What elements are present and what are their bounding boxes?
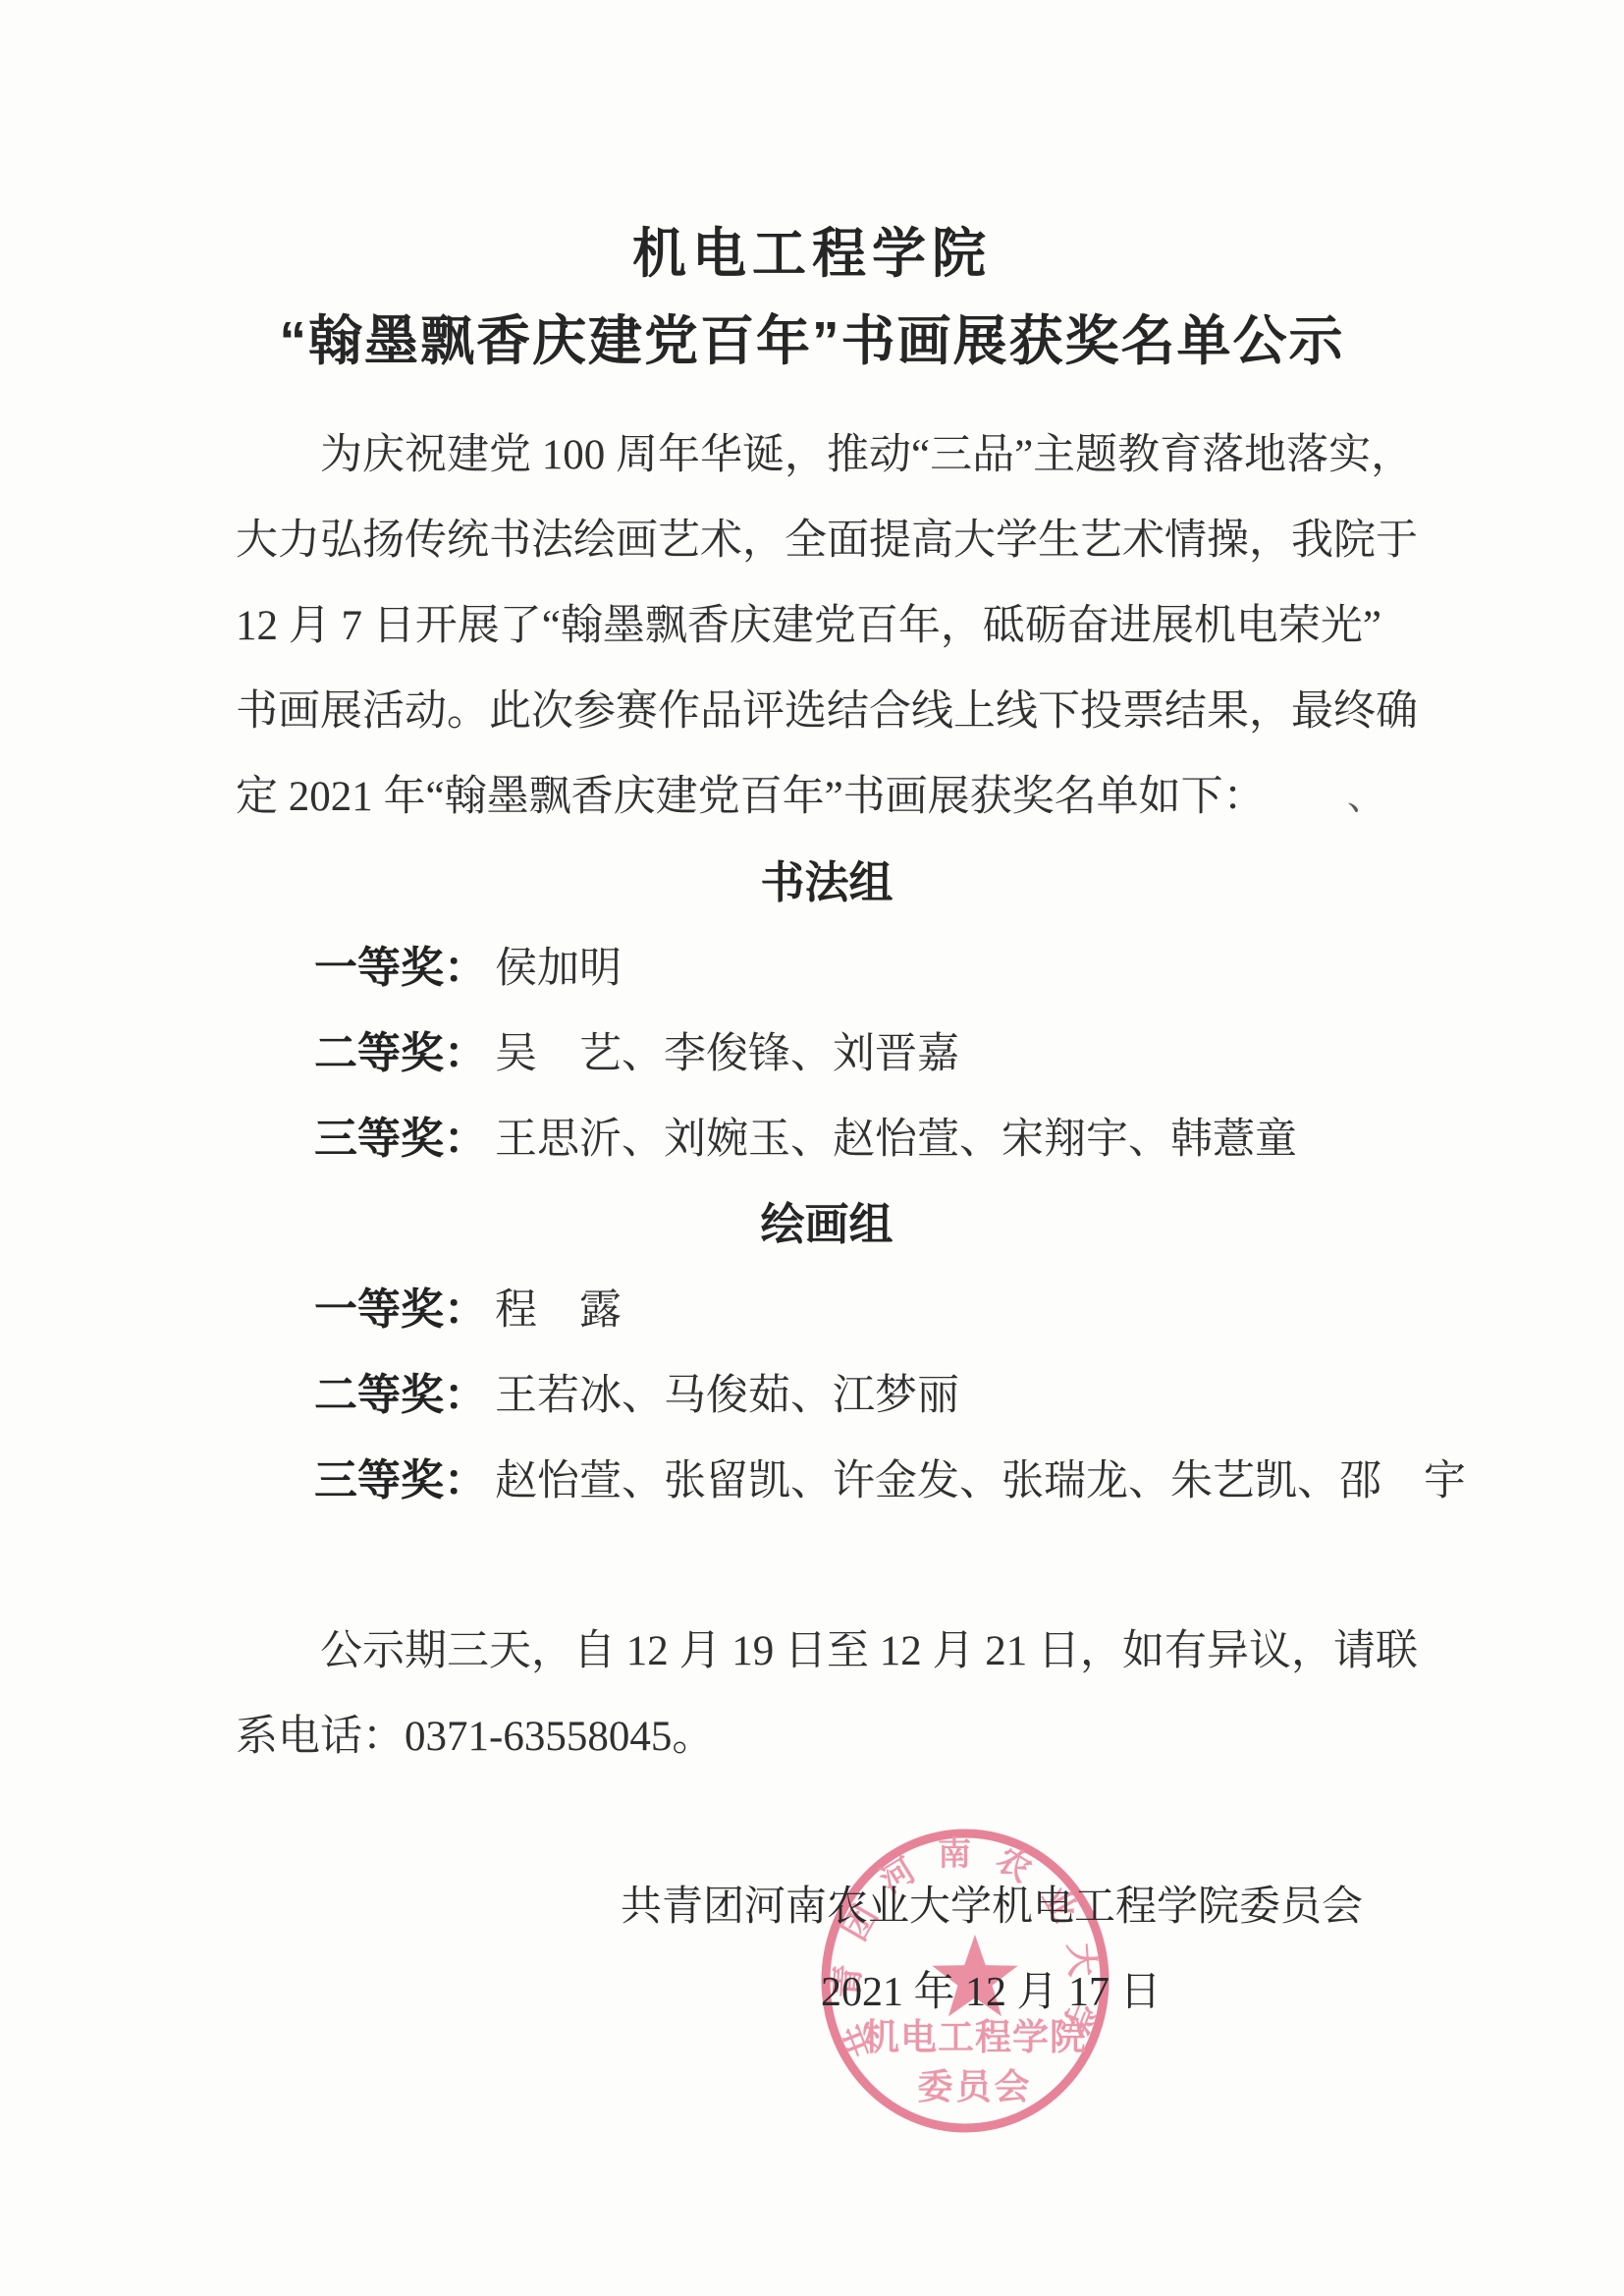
seal-center-line2: 委员会 bbox=[917, 2066, 1032, 2106]
award-row: 二等奖：吴 艺、李俊锋、刘晋嘉 bbox=[236, 1011, 1418, 1096]
award-names: 赵怡萱、张留凯、许金发、张瑞龙、朱艺凯、邵 宇 bbox=[495, 1458, 1466, 1504]
award-names: 王思沂、刘婉玉、赵怡萱、宋翔宇、韩薏童 bbox=[495, 1117, 1297, 1163]
award-names: 吴 艺、李俊锋、刘晋嘉 bbox=[495, 1031, 959, 1077]
document-body: 为庆祝建党 100 周年华诞，推动“三品”主题教育落地落实， 大力弘扬传统书法绘… bbox=[236, 412, 1418, 2036]
intro-line: 定 2021 年“翰墨飘香庆建党百年”书画展获奖名单如下： bbox=[236, 754, 1418, 840]
award-row: 一等奖：侯加明 bbox=[236, 925, 1418, 1011]
award-rank-label: 一等奖： bbox=[314, 944, 487, 992]
award-names: 程 露 bbox=[495, 1287, 622, 1334]
signature-committee: 共青团河南农业大学机电工程学院委员会 bbox=[236, 1865, 1418, 1950]
intro-line: 12 月 7 日开展了“翰墨飘香庆建党百年，砥砺奋进展机电荣光” bbox=[236, 583, 1418, 669]
award-row: 二等奖：王若冰、马俊茹、江梦丽 bbox=[236, 1352, 1418, 1438]
intro-line: 大力弘扬传统书法绘画艺术，全面提高大学生艺术情操，我院于 bbox=[236, 498, 1418, 583]
blank-line bbox=[236, 1779, 1418, 1865]
award-rank-label: 二等奖： bbox=[314, 1371, 487, 1419]
award-rank-label: 一等奖： bbox=[314, 1285, 487, 1334]
award-row: 一等奖：程 露 bbox=[236, 1267, 1418, 1352]
award-rank-label: 二等奖： bbox=[314, 1029, 487, 1077]
document-page: 机电工程学院 “翰墨飘香庆建党百年”书画展获奖名单公示 为庆祝建党 100 周年… bbox=[0, 0, 1624, 2296]
intro-line: 为庆祝建党 100 周年华诞，推动“三品”主题教育落地落实， bbox=[236, 412, 1418, 498]
closing-line: 公示期三天，自 12 月 19 日至 12 月 21 日，如有异议，请联 bbox=[236, 1609, 1418, 1694]
doc-title-line2: “翰墨飘香庆建党百年”书画展获奖名单公示 bbox=[0, 298, 1624, 375]
closing-line: 系电话：0371-63558045。 bbox=[236, 1694, 1418, 1779]
signature-date: 2021 年 12 月 17 日 bbox=[236, 1950, 1418, 2036]
award-names: 侯加明 bbox=[495, 946, 622, 992]
award-row: 三等奖：赵怡萱、张留凯、许金发、张瑞龙、朱艺凯、邵 宇 bbox=[236, 1438, 1418, 1523]
section-header-calligraphy: 书法组 bbox=[236, 840, 1418, 925]
blank-line bbox=[236, 1523, 1418, 1609]
award-row: 三等奖：王思沂、刘婉玉、赵怡萱、宋翔宇、韩薏童 bbox=[236, 1096, 1418, 1181]
intro-line: 书画展活动。此次参赛作品评选结合线上线下投票结果，最终确 bbox=[236, 669, 1418, 754]
section-header-painting: 绘画组 bbox=[236, 1181, 1418, 1267]
doc-title-line1: 机电工程学院 bbox=[0, 210, 1624, 288]
award-names: 王若冰、马俊茹、江梦丽 bbox=[495, 1373, 959, 1419]
award-rank-label: 三等奖： bbox=[314, 1456, 487, 1504]
award-rank-label: 三等奖： bbox=[314, 1115, 487, 1163]
